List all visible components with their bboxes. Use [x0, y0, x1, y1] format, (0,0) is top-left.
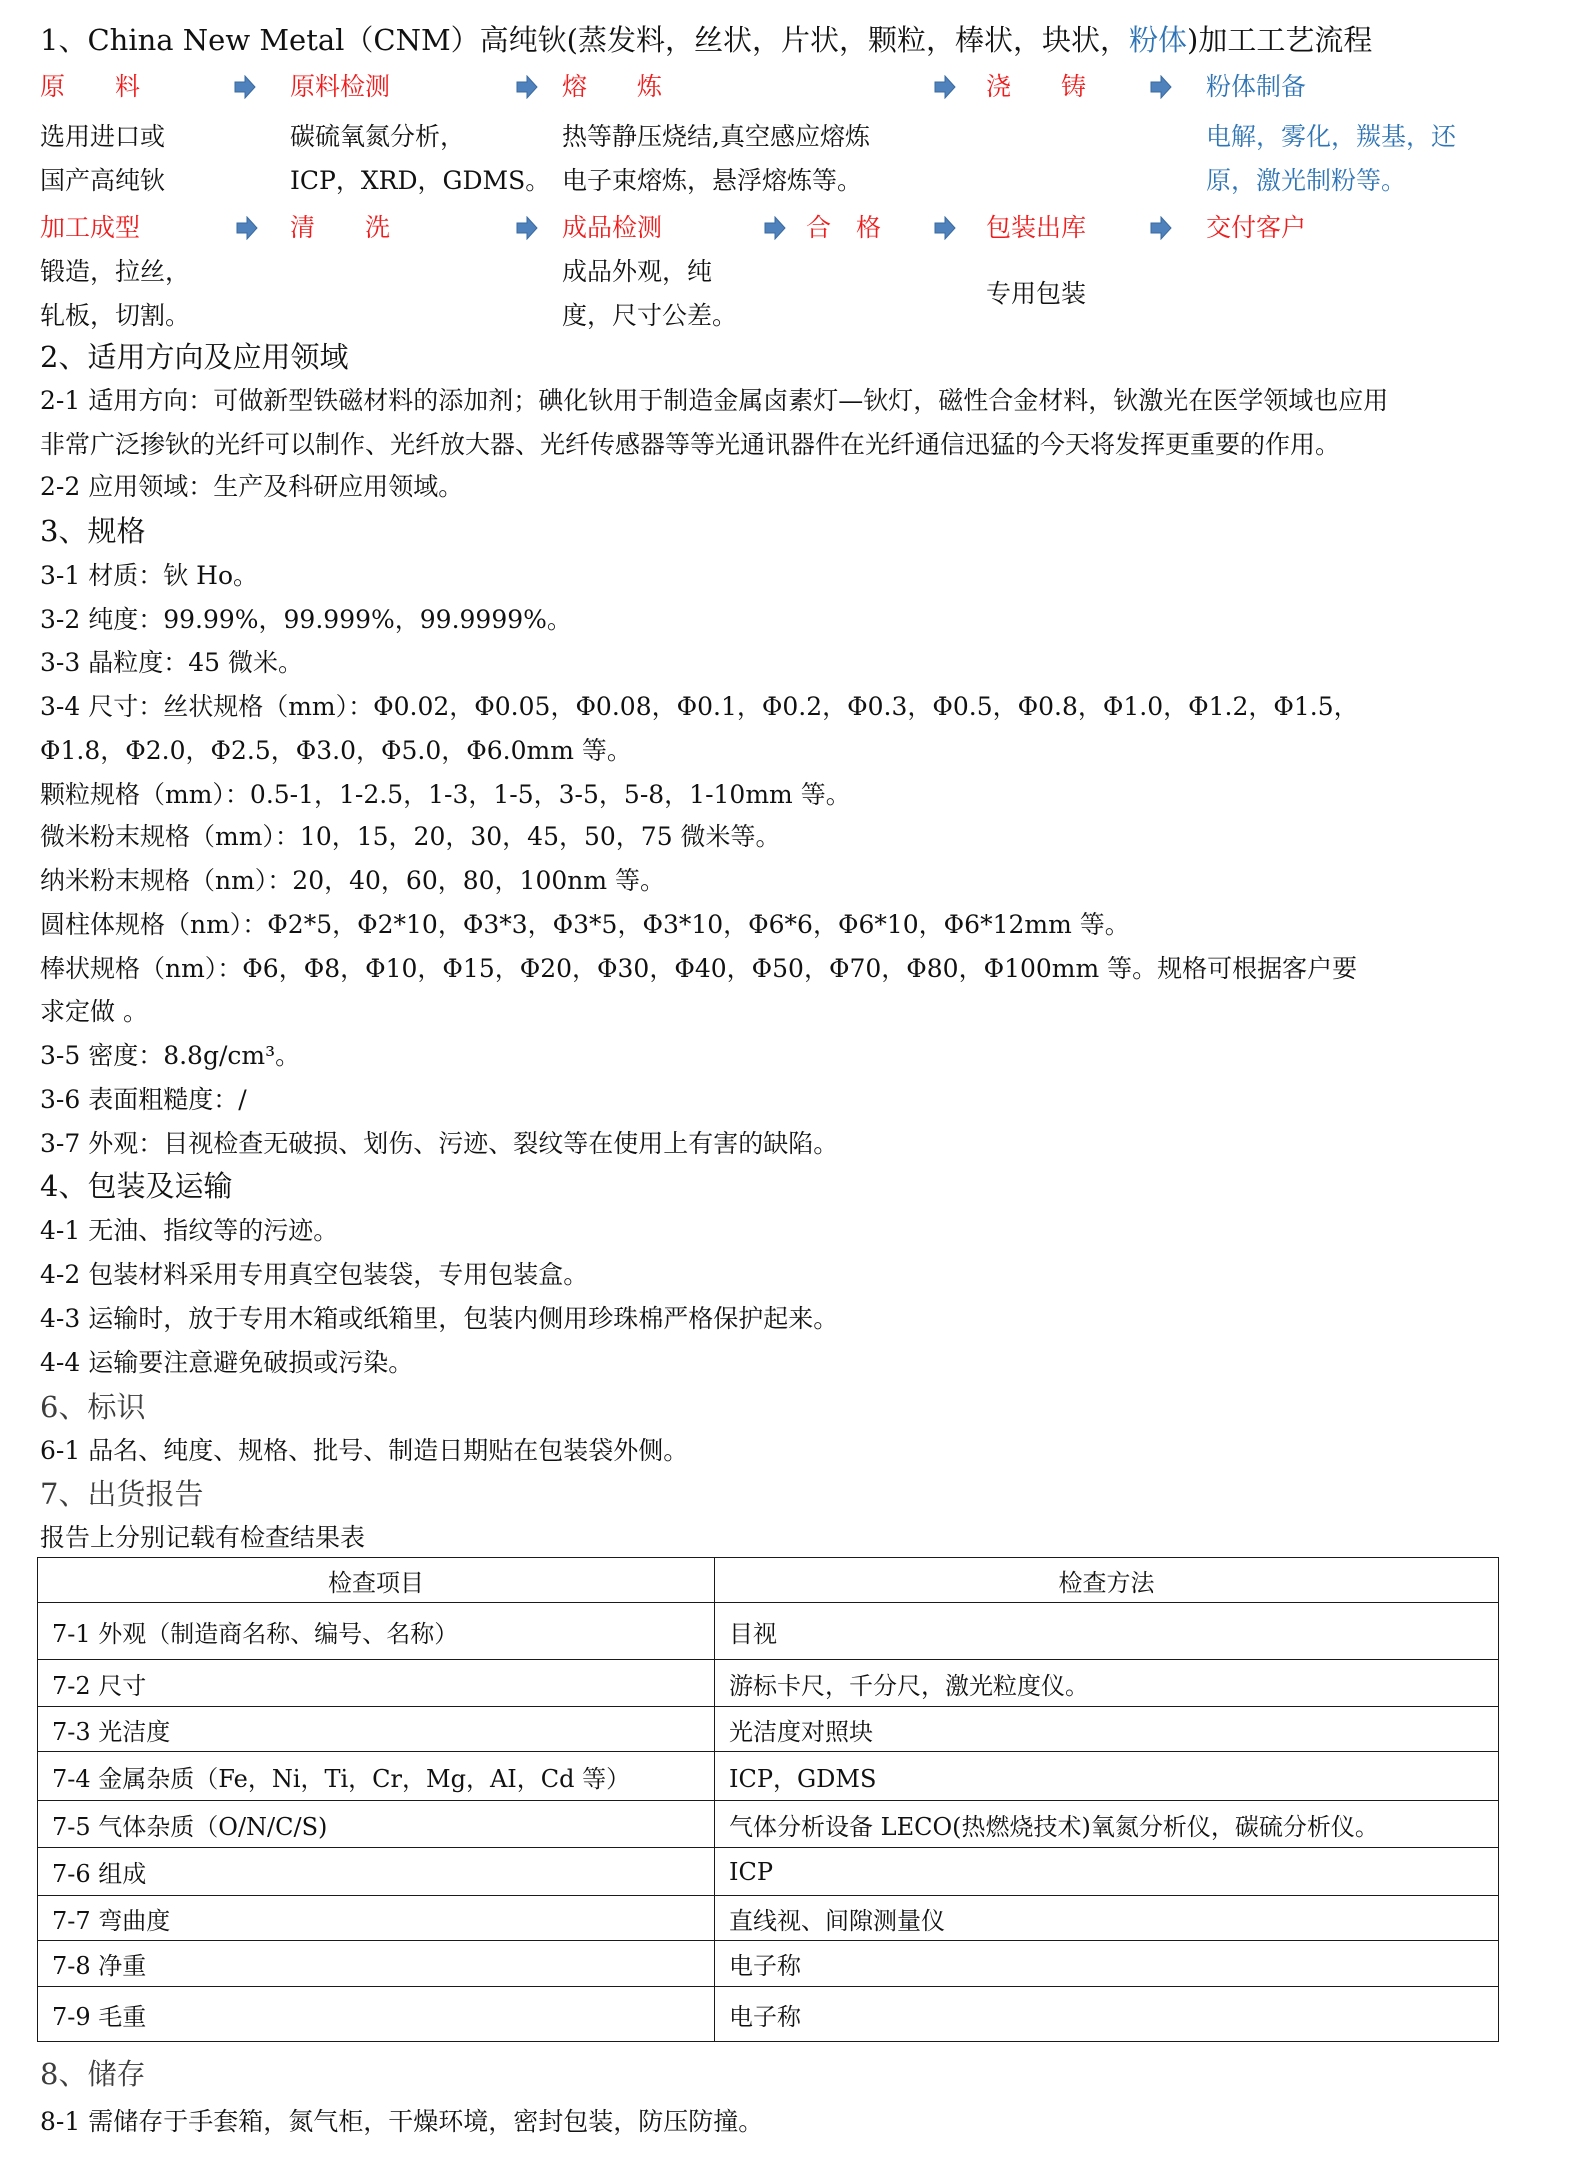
body-line: Φ1.8，Φ2.0，Φ2.5，Φ3.0，Φ5.0，Φ6.0mm 等。 [40, 736, 632, 766]
flow-step-delivery: 交付客户 [1206, 213, 1306, 243]
section-heading-storage: 8、储存 [40, 2057, 145, 2091]
cell-item: 7-7 弯曲度 [38, 1896, 715, 1941]
section-heading-packaging: 4、包装及运输 [40, 1169, 232, 1203]
body-line: 2-2 应用领域：生产及科研应用领域。 [40, 472, 463, 502]
section-heading-application: 2、适用方向及应用领域 [40, 340, 348, 374]
title-suffix: )加工工艺流程 [1187, 23, 1372, 57]
table-row: 7-4 金属杂质（Fe，Ni，Ti，Cr，Mg，AI，Cd 等） ICP，GDM… [38, 1752, 1499, 1801]
cell-method: 气体分析设备 LECO(热燃烧技术)氧氮分析仪，碳硫分析仪。 [715, 1801, 1499, 1848]
arrow-right-icon [234, 75, 256, 99]
column-header-method: 检查方法 [715, 1558, 1499, 1603]
arrow-right-icon [236, 216, 258, 240]
inspection-table: 检查项目 检查方法 7-1 外观（制造商名称、编号、名称） 目视 7-2 尺寸 … [37, 1557, 1499, 2042]
arrow-right-icon [516, 75, 538, 99]
body-line: 4-1 无油、指纹等的污迹。 [40, 1216, 338, 1246]
cell-method: 直线视、间隙测量仪 [715, 1896, 1499, 1941]
report-intro: 报告上分别记载有检查结果表 [40, 1523, 365, 1553]
table-row: 7-1 外观（制造商名称、编号、名称） 目视 [38, 1603, 1499, 1660]
body-line: 棒状规格（nm）：Φ6，Φ8，Φ10，Φ15，Φ20，Φ30，Φ40，Φ50，Φ… [40, 954, 1357, 984]
table-row: 7-5 气体杂质（O/N/C/S) 气体分析设备 LECO(热燃烧技术)氧氮分析… [38, 1801, 1499, 1848]
body-line: 3-4 尺寸：丝状规格（mm）：Φ0.02，Φ0.05，Φ0.08，Φ0.1，Φ… [40, 692, 1359, 722]
flow-step-packaging: 包装出库 [986, 213, 1086, 243]
flow-step-raw-material: 原 料 [40, 72, 140, 102]
body-line: 3-5 密度：8.8g/cm³。 [40, 1041, 300, 1071]
body-line: 3-2 纯度：99.99%，99.999%，99.9999%。 [40, 605, 572, 635]
arrow-right-icon [1150, 216, 1172, 240]
cell-method: 光洁度对照块 [715, 1707, 1499, 1752]
body-line: 4-2 包装材料采用专用真空包装袋，专用包装盒。 [40, 1260, 588, 1290]
table-row: 7-7 弯曲度 直线视、间隙测量仪 [38, 1896, 1499, 1941]
body-line: 6-1 品名、纯度、规格、批号、制造日期贴在包装袋外侧。 [40, 1436, 688, 1466]
body-line: 2-1 适用方向：可做新型铁磁材料的添加剂；碘化钬用于制造金属卤素灯—钬灯，磁性… [40, 386, 1388, 416]
column-header-item: 检查项目 [38, 1558, 715, 1603]
section-heading-report: 7、出货报告 [40, 1477, 203, 1511]
section-heading-labeling: 6、标识 [40, 1390, 145, 1424]
body-line: 3-7 外观：目视检查无破损、划伤、污迹、裂纹等在使用上有害的缺陷。 [40, 1129, 838, 1159]
flow-desc: 成品外观，纯 [562, 257, 712, 287]
flow-desc: 选用进口或 [40, 122, 165, 152]
body-line: 4-4 运输要注意避免破损或污染。 [40, 1348, 413, 1378]
flow-step-casting: 浇 铸 [986, 72, 1086, 102]
cell-method: 游标卡尺，千分尺，激光粒度仪。 [715, 1660, 1499, 1707]
body-line: 颗粒规格（mm）：0.5-1，1-2.5，1-3，1-5，3-5，5-8，1-1… [40, 780, 851, 810]
cell-item: 7-9 毛重 [38, 1987, 715, 2042]
cell-item: 7-3 光洁度 [38, 1707, 715, 1752]
flow-desc: 锻造，拉丝， [40, 257, 190, 287]
arrow-right-icon [764, 216, 786, 240]
flow-step-cleaning: 清 洗 [290, 213, 390, 243]
flow-step-qualified: 合 格 [806, 213, 881, 243]
section-heading-specs: 3、规格 [40, 514, 145, 548]
flow-step-forming: 加工成型 [40, 213, 140, 243]
cell-item: 7-4 金属杂质（Fe，Ni，Ti，Cr，Mg，AI，Cd 等） [38, 1752, 715, 1801]
body-line: 圆柱体规格（nm）：Φ2*5，Φ2*10，Φ3*3，Φ3*5，Φ3*10，Φ6*… [40, 910, 1130, 940]
cell-item: 7-6 组成 [38, 1848, 715, 1896]
cell-item: 7-2 尺寸 [38, 1660, 715, 1707]
flow-step-final-inspection: 成品检测 [562, 213, 662, 243]
flow-desc: 国产高纯钬 [40, 166, 165, 196]
cell-item: 7-5 气体杂质（O/N/C/S) [38, 1801, 715, 1848]
flow-step-raw-inspection: 原料检测 [290, 72, 390, 102]
body-line: 3-3 晶粒度：45 微米。 [40, 648, 303, 678]
cell-method: 电子称 [715, 1987, 1499, 2042]
title-prefix: 1、China New Metal（CNM）高纯钬(蒸发料，丝状，片状，颗粒，棒… [40, 23, 1129, 57]
table-row: 7-8 净重 电子称 [38, 1941, 1499, 1987]
flow-desc: ICP，XRD，GDMS。 [290, 166, 550, 196]
arrow-right-icon [1150, 75, 1172, 99]
table-row: 7-2 尺寸 游标卡尺，千分尺，激光粒度仪。 [38, 1660, 1499, 1707]
body-line: 纳米粉末规格（nm）：20，40，60，80，100nm 等。 [40, 866, 665, 896]
cell-item: 7-1 外观（制造商名称、编号、名称） [38, 1603, 715, 1660]
flow-desc: 度，尺寸公差。 [562, 301, 737, 331]
body-line: 求定做 。 [40, 997, 148, 1027]
arrow-right-icon [516, 216, 538, 240]
cell-item: 7-8 净重 [38, 1941, 715, 1987]
body-line: 微米粉末规格（mm）：10，15，20，30，45，50，75 微米等。 [40, 822, 781, 852]
cell-method: 目视 [715, 1603, 1499, 1660]
flow-desc: 原，激光制粉等。 [1206, 166, 1406, 196]
body-line: 3-1 材质：钬 Ho。 [40, 561, 258, 591]
title-highlight: 粉体 [1129, 23, 1187, 57]
flow-desc: 电解，雾化，羰基，还 [1206, 122, 1456, 152]
body-line: 3-6 表面粗糙度：/ [40, 1085, 247, 1115]
flow-desc: 碳硫氧氮分析， [290, 122, 465, 152]
cell-method: ICP，GDMS [715, 1752, 1499, 1801]
table-row: 7-3 光洁度 光洁度对照块 [38, 1707, 1499, 1752]
flow-desc: 电子束熔炼，悬浮熔炼等。 [562, 166, 862, 196]
body-line: 4-3 运输时，放于专用木箱或纸箱里，包装内侧用珍珠棉严格保护起来。 [40, 1304, 838, 1334]
arrow-right-icon [934, 216, 956, 240]
body-line: 非常广泛掺钬的光纤可以制作、光纤放大器、光纤传感器等等光通讯器件在光纤通信迅猛的… [40, 430, 1340, 460]
body-line: 8-1 需储存于手套箱，氮气柜，干燥环境，密封包装，防压防撞。 [40, 2107, 763, 2137]
table-row: 7-6 组成 ICP [38, 1848, 1499, 1896]
document-title: 1、China New Metal（CNM）高纯钬(蒸发料，丝状，片状，颗粒，棒… [40, 23, 1372, 57]
flow-step-powder: 粉体制备 [1206, 72, 1306, 102]
arrow-right-icon [934, 75, 956, 99]
cell-method: ICP [715, 1848, 1499, 1896]
flow-desc: 热等静压烧结,真空感应熔炼 [562, 122, 870, 152]
table-row: 7-9 毛重 电子称 [38, 1987, 1499, 2042]
table-header-row: 检查项目 检查方法 [38, 1558, 1499, 1603]
flow-desc: 轧板，切割。 [40, 301, 190, 331]
flow-step-smelting: 熔 炼 [562, 72, 662, 102]
cell-method: 电子称 [715, 1941, 1499, 1987]
flow-desc: 专用包装 [986, 279, 1086, 309]
